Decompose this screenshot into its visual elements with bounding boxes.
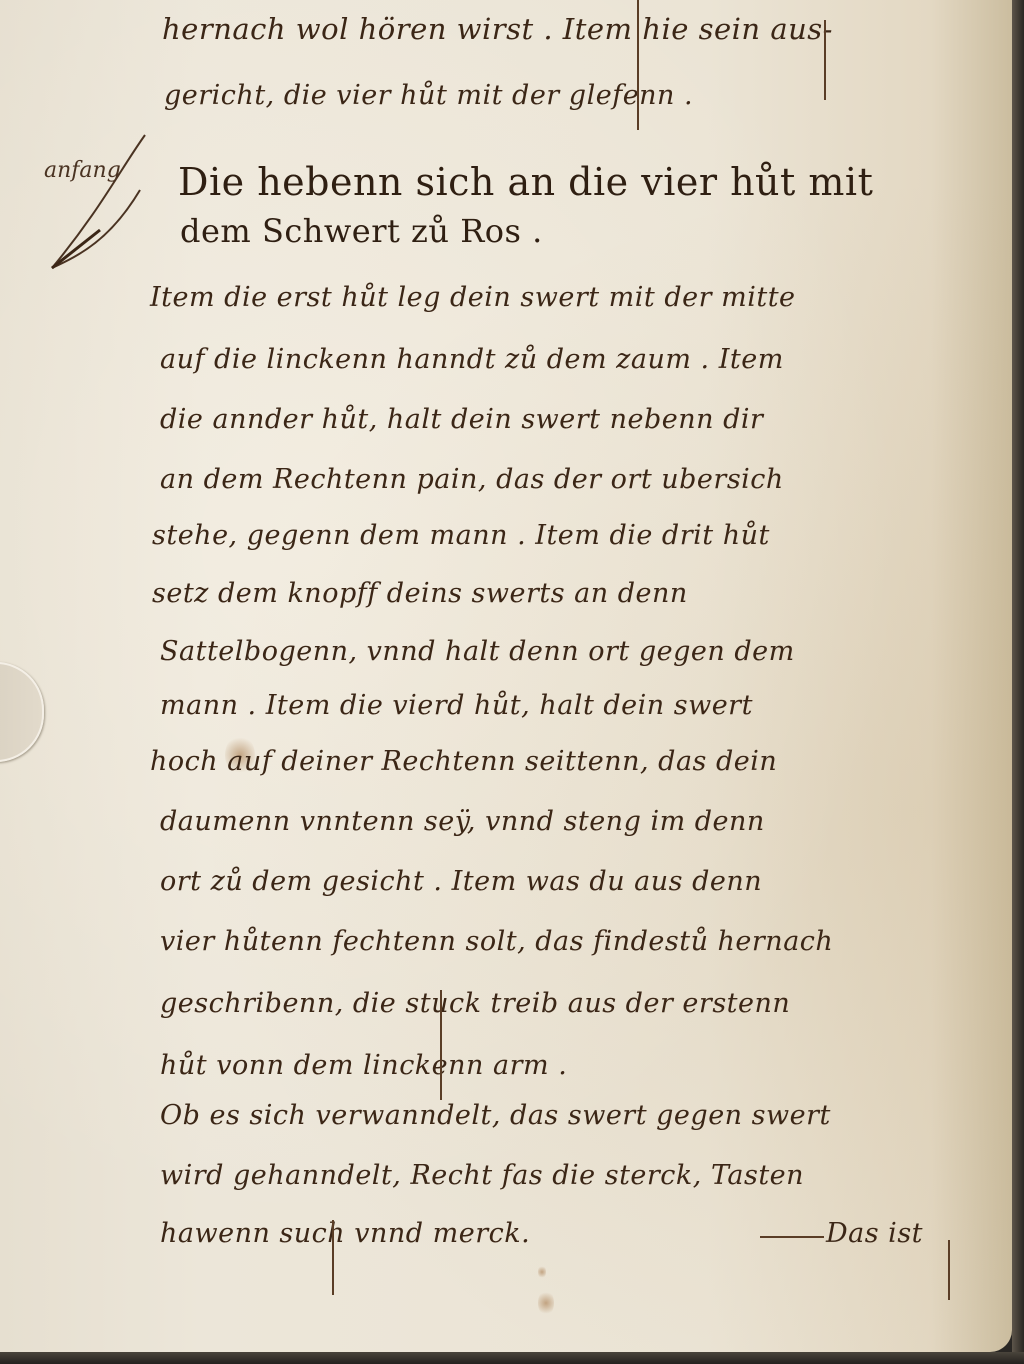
- text-line: setz dem knopff deins swerts an denn: [152, 578, 688, 609]
- text-line: Ob es sich verwanndelt, das swert gegen …: [160, 1100, 831, 1131]
- book-edge-bottom: [0, 1352, 1024, 1364]
- ink-stroke: [332, 1220, 334, 1295]
- text-line: ort zů dem gesicht . Item was du aus den…: [160, 866, 762, 897]
- text-line: Sattelbogenn, vnnd halt denn ort gegen d…: [160, 636, 795, 667]
- stain: [538, 1265, 546, 1279]
- manuscript-page: anfang hernach wol hören wirst . Item hi…: [0, 0, 1012, 1352]
- ink-stroke: [637, 0, 639, 130]
- text-line: auf die linckenn hanndt zů dem zaum . It…: [160, 344, 784, 375]
- stain: [538, 1290, 554, 1316]
- ink-stroke: [824, 20, 826, 100]
- text-line: an dem Rechtenn pain, das der ort ubersi…: [160, 464, 784, 495]
- section-heading: dem Schwert zů Ros .: [180, 212, 543, 250]
- catchword-flourish: [760, 1236, 824, 1238]
- text-line: hoch auf deiner Rechtenn seittenn, das d…: [150, 746, 777, 777]
- text-line: daumenn vnntenn seÿ, vnnd steng im denn: [160, 806, 765, 837]
- text-line: wird gehanndelt, Recht fas die sterck, T…: [160, 1160, 804, 1191]
- text-line: geschribenn, die stuck treib aus der ers…: [160, 988, 790, 1019]
- text-line: vier hůtenn fechtenn solt, das findestů …: [160, 926, 833, 957]
- text-line: mann . Item die vierd hůt, halt dein swe…: [160, 690, 753, 721]
- text-line: Item die erst hůt leg dein swert mit der…: [150, 282, 796, 313]
- ink-stroke: [440, 990, 442, 1100]
- margin-flourish-icon: [40, 130, 160, 280]
- text-line: hernach wol hören wirst . Item hie sein …: [162, 12, 833, 46]
- text-line: hůt vonn dem linckenn arm .: [160, 1050, 567, 1081]
- section-heading: Die hebenn sich an die vier hůt mit: [178, 160, 873, 204]
- page-tab-cutout: [0, 662, 44, 762]
- text-line: hawenn such vnnd merck.: [160, 1218, 530, 1249]
- text-line: die annder hůt, halt dein swert nebenn d…: [160, 404, 763, 435]
- text-line: gericht, die vier hůt mit der glefenn .: [164, 80, 693, 111]
- text-line: stehe, gegenn dem mann . Item die drit h…: [152, 520, 770, 551]
- ink-stroke: [948, 1240, 950, 1300]
- catchword: Das ist: [826, 1218, 923, 1249]
- book-edge-right: [1012, 0, 1024, 1364]
